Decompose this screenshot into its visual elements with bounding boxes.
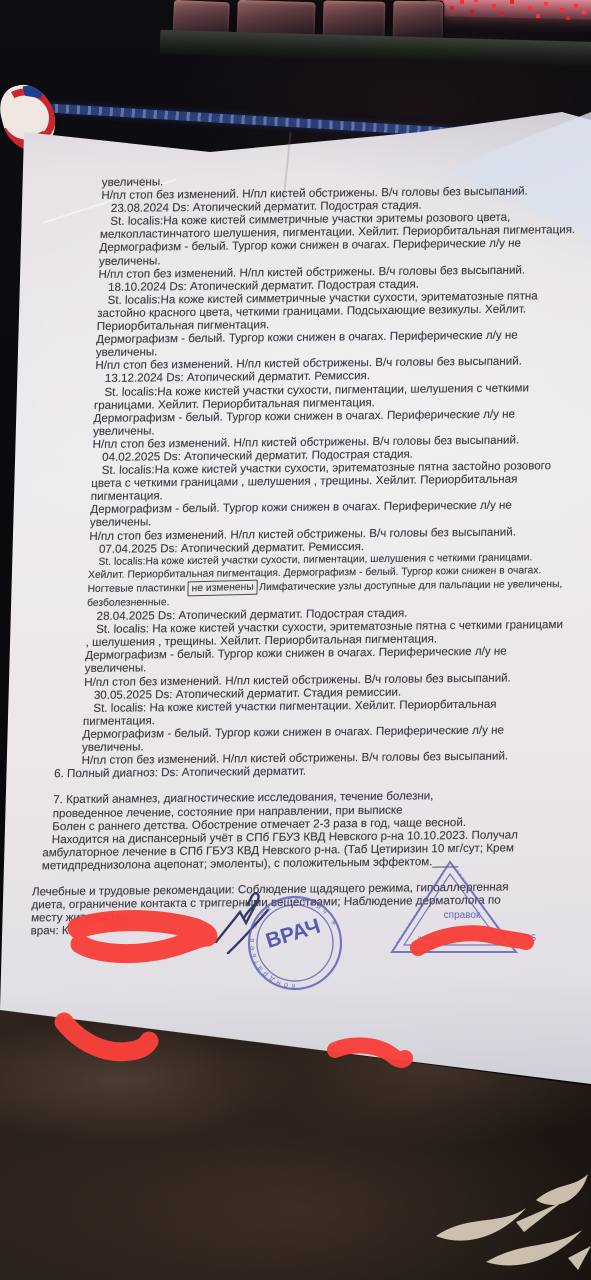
red-marker-redactions bbox=[0, 0, 591, 1280]
